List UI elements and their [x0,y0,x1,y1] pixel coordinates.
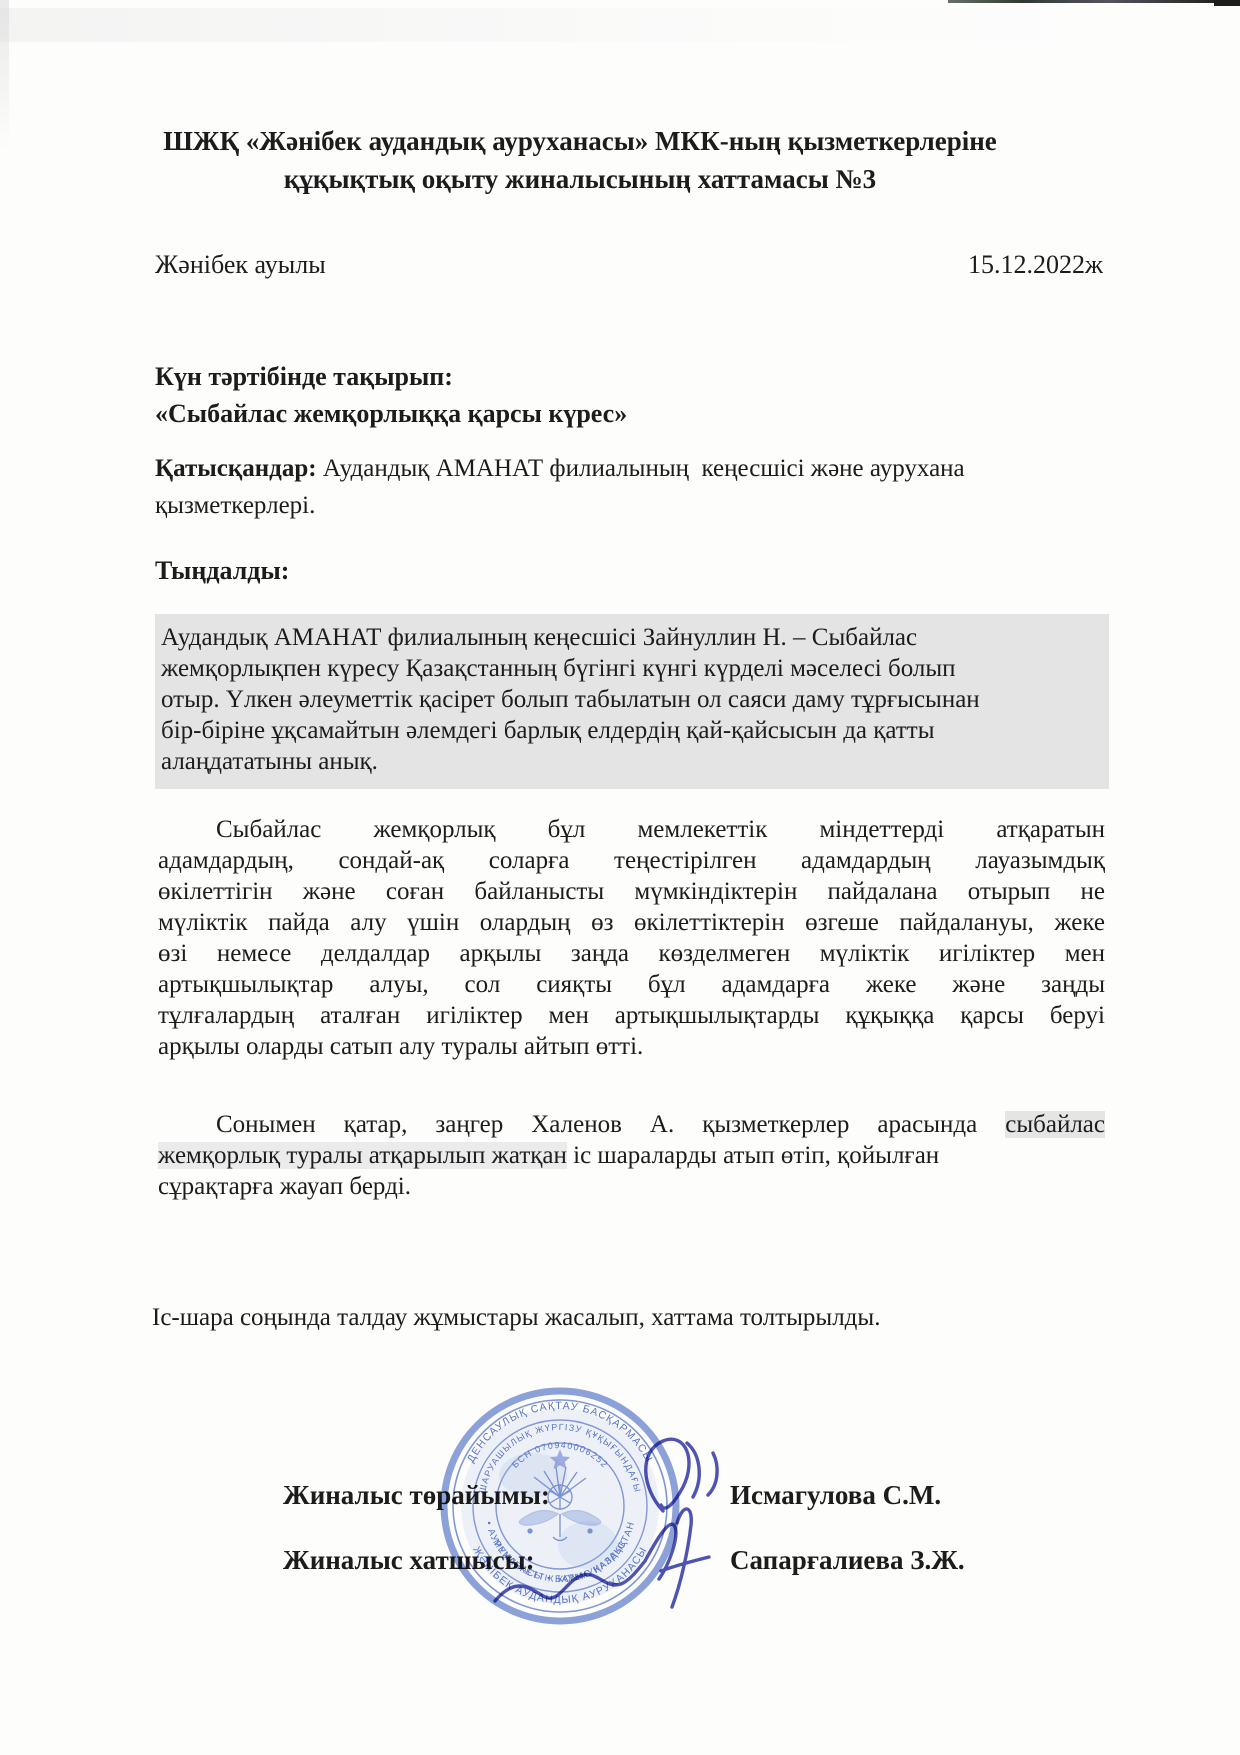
participants-text: Аудандық АМАНАТ филиалының кеңесшісі жән… [317,455,965,482]
paragraph-line: адамдардың, сондай-ақ соларға теңестіріл… [158,845,1105,876]
handwritten-signatures [425,1375,770,1640]
participants-label: Қатысқандар: [155,455,317,482]
paragraph-line: өзі немесе делдалдар арқылы заңда көздел… [158,938,1105,969]
highlighted-text-segment: сыбайлас [1005,1111,1105,1138]
place-label: Жәнібек ауылы [155,250,326,280]
scan-artifact-top-right-corner [1214,0,1240,6]
text-segment: Сонымен қатар, заңгер Халенов А. қызметк… [216,1111,1005,1138]
agenda-topic: «Сыбайлас жемқорлыққа қарсы күрес» [155,399,627,429]
paragraph-line: өкілеттігін және соған байланысты мүмкін… [158,876,1105,907]
paragraph-line: Сонымен қатар, заңгер Халенов А. қызметк… [158,1109,1105,1140]
title-line-1: ШЖҚ «Жәнібек аудандық ауруханасы» МКК-ны… [140,122,1020,160]
body-paragraph: Сыбайлас жемқорлық бұл мемлекеттік мінде… [158,814,1105,1062]
agenda-heading: Күн тәртібінде тақырып: [155,362,453,392]
paragraph-line: арқылы оларды сатып алу туралы айтып өтт… [158,1031,1105,1062]
date-label: 15.12.2022ж [968,250,1103,280]
text-segment: іс шараларды атып өтіп, қойылған [567,1142,939,1169]
participants-line-1: Қатысқандар: Аудандық АМАНАТ филиалының … [155,455,965,483]
paragraph-line: тұлғалардың аталған игіліктер мен артықш… [158,1000,1105,1031]
paragraph-line: сұрақтарға жауап берді. [158,1171,1105,1202]
document-title: ШЖҚ «Жәнібек аудандық ауруханасы» МКК-ны… [140,122,1020,198]
scan-artifact-top-edge [948,0,1240,3]
paragraph-line: Сыбайлас жемқорлық бұл мемлекеттік мінде… [158,814,1105,845]
paragraph-line: артықшылықтар алуы, сол сияқты бұл адамд… [158,969,1105,1000]
paragraph-line: жемқорлықпен күресу Қазақстанның бүгінгі… [161,653,1109,684]
paragraph-line: Аудандық АМАНАТ филиалының кеңесшісі Зай… [161,622,1109,653]
closing-line: Іс-шара соңында талдау жұмыстары жасалып… [152,1304,880,1332]
highlighted-paragraph: Аудандық АМАНАТ филиалының кеңесшісі Зай… [155,614,1109,789]
paragraph-line: бір-біріне ұқсамайтын әлемдегі барлық ел… [161,715,1109,746]
scan-artifact-left-edge [0,0,9,150]
chair-signature-ink [646,1439,717,1511]
body-paragraph-2: Сонымен қатар, заңгер Халенов А. қызметк… [158,1109,1105,1202]
title-line-2: құқықтық оқыту жиналысының хаттамасы №3 [140,160,1020,198]
heard-heading: Тыңдалды: [155,556,289,586]
paragraph-line: жемқорлық туралы атқарылып жатқан іс шар… [158,1140,1105,1171]
secretary-signature-ink [495,1509,709,1607]
highlighted-text-segment: жемқорлық туралы атқарылып жатқан [158,1142,567,1169]
scan-noise-band [0,8,1100,42]
participants-line-2: қызметкерлері. [155,492,315,520]
paragraph-line: мүліктік пайда алу үшін олардың өз өкіле… [158,907,1105,938]
paragraph-line: алаңдататыны анық. [161,746,1109,777]
scanned-document-page: ШЖҚ «Жәнібек аудандық ауруханасы» МКК-ны… [0,0,1240,1755]
paragraph-line: отыр. Үлкен әлеуметтік қасірет болып таб… [161,684,1109,715]
